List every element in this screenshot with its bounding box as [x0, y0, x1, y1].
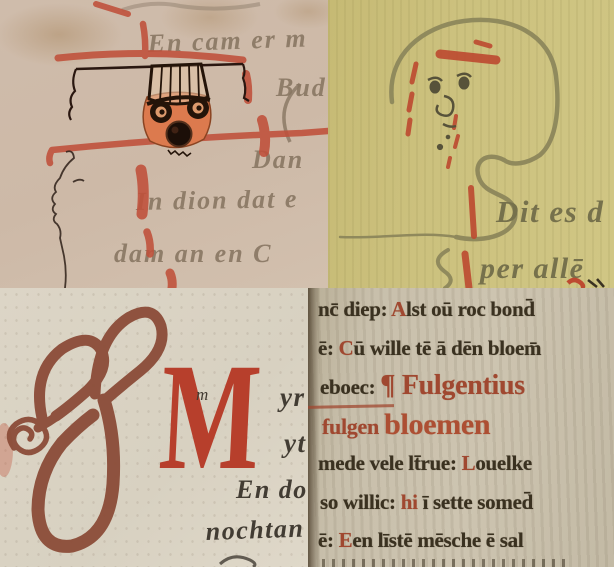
line-text: ī sette somed̄: [418, 490, 533, 514]
line-text: ouelke: [475, 451, 532, 475]
manuscript-line: eboec: ¶ Fulgentius: [318, 367, 614, 406]
manuscript-line: yr: [277, 382, 306, 412]
rubric-initial: A: [391, 297, 406, 321]
grotesque-face-drawing: [69, 64, 249, 156]
face-ink-features: [428, 74, 471, 150]
line-text: ū wille tē ā dēn bloem̄: [354, 336, 542, 360]
manuscript-line: Dan: [251, 145, 304, 174]
bottom-left-artwork: M m yr yt En dou nochtan: [0, 288, 308, 567]
manuscript-line: In dion dat e: [135, 184, 299, 216]
rubric-word: ¶ Fulgentius: [380, 370, 525, 401]
manuscript-line: ē: Een līstē mēsche ē sal: [318, 521, 614, 560]
panel-bottom-left: M m yr yt En dou nochtan: [0, 288, 308, 567]
gothic-text-block: Dit es d per allē: [477, 194, 604, 285]
line-text: en līstē mēsche ē sal: [352, 528, 523, 552]
rubric-initial: L: [462, 451, 476, 475]
rubric-word: bloemen: [384, 408, 490, 441]
panel-top-right: Dit es d per allē: [328, 0, 614, 288]
blackletter-text-block: nc̄ diep: Alst oū roc bond̄ ē: Cū wille …: [318, 290, 614, 560]
manuscript-line: Dit es d: [495, 194, 604, 229]
top-left-artwork: En cam er m Bud Dan In dion dat e dam an…: [0, 0, 328, 288]
faded-top-scribble: [122, 4, 260, 10]
panel-top-left: En cam er m Bud Dan In dion dat e dam an…: [0, 0, 328, 288]
line-text: lst oū roc bond̄: [406, 297, 535, 321]
manuscript-line: nc̄ diep: Alst oū roc bond̄: [318, 290, 614, 329]
clipped-next-line: [322, 559, 572, 567]
clipped-cursive-loop: [220, 557, 255, 567]
line-text: nc̄ diep:: [318, 297, 391, 321]
manuscript-line: so willic: hi ī sette somed̄: [318, 483, 614, 522]
rubric-initial: C: [339, 336, 354, 360]
grotesque-mouth: [167, 122, 192, 157]
superscript-letter: m: [196, 385, 208, 404]
flourish-initial: [9, 312, 162, 546]
manuscript-line: En dou: [235, 475, 308, 504]
manuscript-line: ē: Cū wille tē ā dēn bloem̄: [318, 329, 614, 368]
line-text: ē:: [318, 528, 339, 552]
manuscript-line: yt: [281, 428, 307, 458]
doodle-face: [408, 42, 496, 167]
manuscript-line: Bud: [275, 73, 327, 102]
manuscript-collage: En cam er m Bud Dan In dion dat e dam an…: [0, 0, 614, 567]
line-text: so willic:: [320, 490, 401, 514]
top-right-artwork: Dit es d per allē: [328, 0, 614, 288]
manuscript-line: fulgen bloemen: [318, 406, 614, 445]
manuscript-line: mede vele lt̄rue: Louelke: [318, 444, 614, 483]
rubric-initial: hi: [401, 490, 418, 514]
profile-face-drawing: [52, 151, 84, 288]
line-text: mede vele lt̄rue:: [318, 451, 462, 475]
line-text: ē:: [318, 336, 339, 360]
manuscript-line: nochtan: [205, 514, 305, 546]
rubric-initial: E: [339, 528, 353, 552]
manuscript-line: dam an en C: [114, 239, 273, 268]
line-text: eboec:: [320, 375, 380, 399]
rubric-word: fulgen: [322, 414, 384, 439]
panel-bottom-right: nc̄ diep: Alst oū roc bond̄ ē: Cū wille …: [308, 288, 614, 567]
initial-s-doodle: [340, 20, 557, 288]
